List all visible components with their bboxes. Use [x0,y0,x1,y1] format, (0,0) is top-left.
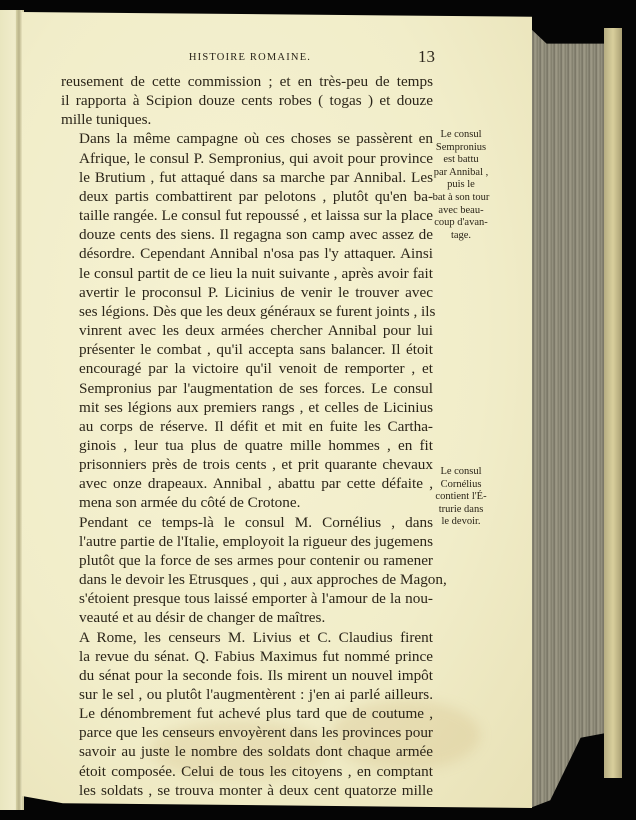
text-line: encouragé par la victoire qu'il venoit d… [61,359,433,378]
text-line: A Rome, les censeurs M. Livius et C. Cla… [61,628,433,647]
text-line: plutôt que la force de ses armes pour co… [61,551,433,570]
book-gutter [16,10,22,810]
paragraph: reusement de cette commission ; et en tr… [61,72,433,129]
text-line: Dans la même campagne où ces choses se p… [61,129,433,148]
marginal-note-line: Cornélius [430,479,492,492]
marginal-note-cornelius: Le consulCornéliuscontient l'É-trurie da… [430,466,492,529]
text-line: Sempronius par l'augmentation de ses for… [61,379,433,398]
text-line: reusement de cette commission ; et en tr… [61,72,433,91]
text-line: mille tuniques. [61,110,433,129]
marginal-note-line: par Annibal , [430,167,492,180]
paragraph: Dans la même campagne où ces choses se p… [61,129,433,512]
text-line: mit ses légions aux premiers rangs , et … [61,398,433,417]
text-line: sur le sel , ou plutôt l'augmentèrent : … [61,685,433,704]
book-cover-edge [604,28,622,778]
text-line: vinrent avec les deux armées chercher An… [61,321,433,340]
text-line: étoit composée. Celui de tous les citoye… [61,762,433,781]
text-line: désordre. Cependant Annibal n'osa pas l'… [61,244,433,263]
text-line: s'étoient presque tous laissé emporter à… [61,589,433,608]
text-line: parce que les censeurs envoyèrent dans l… [61,723,433,742]
marginal-note-line: le devoir. [430,516,492,529]
text-line: le consul partit de ce lieu la nuit suiv… [61,264,433,283]
text-line: Le dénombrement fut achevé plus tard que… [61,704,433,723]
text-line: le Brutium , fut attaqué dans sa marche … [61,168,433,187]
marginal-note-line: coup d'avan- [430,217,492,230]
marginal-note-line: tage. [430,230,492,243]
paragraph: Pendant ce temps-là le consul M. Cornéli… [61,513,433,628]
marginal-note-line: trurie dans [430,504,492,517]
text-line: savoir au juste le nombre des soldats do… [61,742,433,761]
marginal-note-line: Sempronius [430,142,492,155]
text-line: mena son armée du côté de Crotone. [61,493,433,512]
text-line: l'autre partie de l'Italie, employoit la… [61,532,433,551]
text-line: ses légions. Dès que les deux généraux s… [61,302,433,321]
text-line: ginois , leur tua plus de quatre mille h… [61,436,433,455]
text-line: la revue du sénat. Q. Fabius Maximus fut… [61,647,433,666]
page-number: 13 [418,47,435,67]
text-line: présenter le combat , qu'il accepta sans… [61,340,433,359]
marginal-note-line: puis le [430,179,492,192]
text-line: deux partis combattirent par pelotons , … [61,187,433,206]
text-line: du sénat pour la seconde fois. Ils miren… [61,666,433,685]
marginal-note-line: avec beau- [430,205,492,218]
running-title: HISTOIRE ROMAINE. [60,52,440,63]
text-line: prisonniers près de trois cents , et pri… [61,455,433,474]
text-line: Pendant ce temps-là le consul M. Cornéli… [61,513,433,532]
marginal-note-line: contient l'É- [430,491,492,504]
text-line: dans le devoir les Etrusques , qui , aux… [61,570,433,589]
marginal-note-line: Le consul [430,466,492,479]
text-line: au corps de réserve. Il défit et mit en … [61,417,433,436]
paragraph: A Rome, les censeurs M. Livius et C. Cla… [61,628,433,800]
text-line: veauté et au désir de changer de maîtres… [61,608,433,627]
marginal-note-sempronius: Le consulSemproniusest battupar Annibal … [430,129,492,242]
text-line: douze cents des siens. Il regagna son ca… [61,225,433,244]
text-line: il rapporta à Scipion douze cents robes … [61,91,433,110]
marginal-note-line: est battu [430,154,492,167]
text-line: avec onze drapeaux. Annibal , abattu par… [61,474,433,493]
text-line: les soldats , se trouva monter à deux ce… [61,781,433,800]
body-text: reusement de cette commission ; et en tr… [61,72,433,800]
running-head: HISTOIRE ROMAINE. 13 [60,50,440,68]
marginal-note-line: Le consul [430,129,492,142]
text-line: avertir le proconsul P. Licinius de veni… [61,283,433,302]
text-line: Afrique, le consul P. Sempronius, qui av… [61,149,433,168]
marginal-note-line: bat à son tour [430,192,492,205]
text-line: taille rangée. Le consul fut repoussé , … [61,206,433,225]
